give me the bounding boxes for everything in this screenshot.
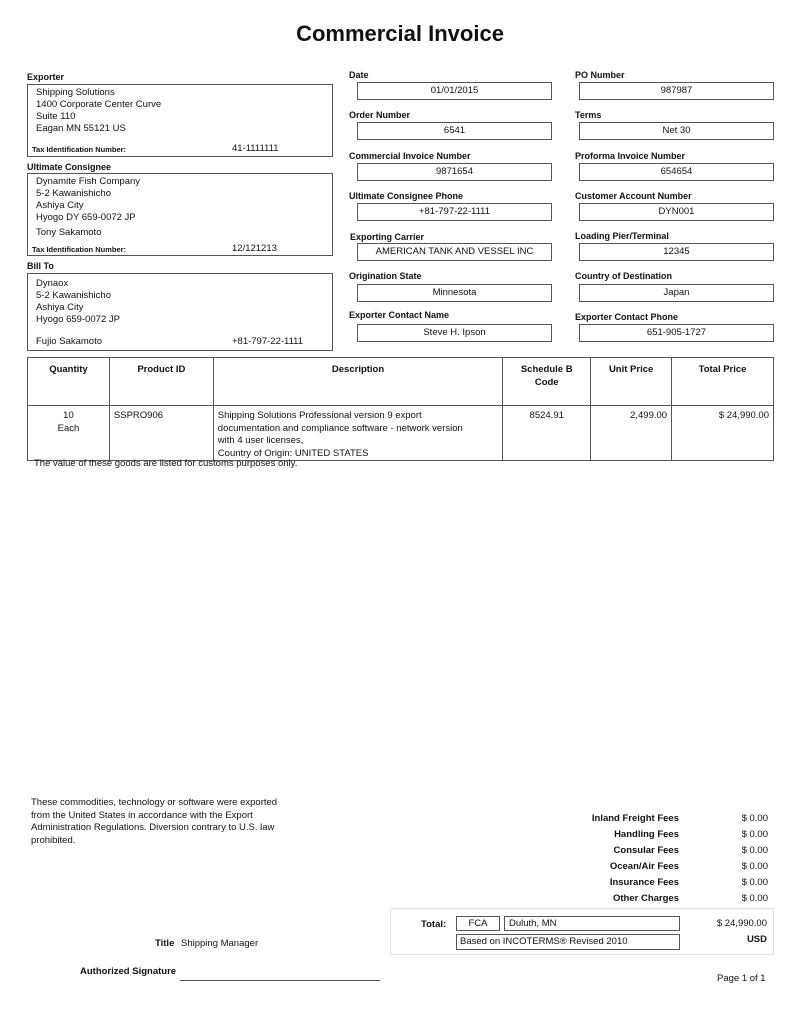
fee-value: $ 0.00 (742, 861, 768, 872)
consignee-tax-label: Tax Identification Number: (32, 245, 126, 254)
fee-value: $ 0.00 (742, 893, 768, 904)
cell-unit-price: 2,499.00 (591, 406, 672, 461)
consignee-box: Dynamite Fish Company 5-2 Kawanishicho A… (27, 173, 333, 256)
export-statement-line: from the United States in accordance wit… (31, 810, 277, 823)
signature-line[interactable] (180, 980, 380, 981)
consignee-phone-field[interactable]: +81-797-22-1111 (357, 203, 552, 221)
consignee-line: 5-2 Kawanishicho (36, 188, 111, 199)
export-statement: These commodities, technology or softwar… (31, 797, 277, 847)
total-currency: USD (747, 934, 767, 945)
commercial-invoice-number-field[interactable]: 9871654 (357, 163, 552, 181)
total-amount: $ 24,990.00 (717, 918, 767, 929)
exporter-tax-value: 41-1111111 (232, 143, 278, 154)
cell-product-id: SSPRO906 (109, 406, 213, 461)
consignee-contact: Tony Sakamoto (36, 227, 101, 238)
header-description: Description (213, 358, 502, 406)
country-of-destination-label: Country of Destination (575, 271, 672, 281)
header-product-id: Product ID (109, 358, 213, 406)
total-box: Total: FCA Duluth, MN Based on INCOTERMS… (390, 908, 774, 955)
cell-quantity: 10 Each (28, 406, 110, 461)
exporter-contact-name-field[interactable]: Steve H. Ipson (357, 324, 552, 342)
proforma-invoice-number-field[interactable]: 654654 (579, 163, 774, 181)
exporter-line: 1400 Corporate Center Curve (36, 99, 161, 110)
bill-to-label: Bill To (27, 261, 54, 271)
fee-label: Inland Freight Fees (592, 813, 679, 824)
export-statement-line: These commodities, technology or softwar… (31, 797, 277, 810)
fee-value: $ 0.00 (742, 813, 768, 824)
quantity-value: 10 (32, 410, 105, 423)
cell-schedule-b: 8524.91 (503, 406, 591, 461)
description-line: documentation and compliance software - … (218, 423, 498, 436)
fee-value: $ 0.00 (742, 829, 768, 840)
consignee-line: Hyogo DY 659-0072 JP (36, 212, 136, 223)
description-line: with 4 user licenses, (218, 435, 498, 448)
fee-label: Insurance Fees (610, 877, 679, 888)
bill-to-phone: +81-797-22-1111 (232, 336, 303, 347)
exporter-box: Shipping Solutions 1400 Corporate Center… (27, 84, 333, 157)
bill-to-contact: Fujio Sakamoto (36, 336, 102, 347)
order-number-label: Order Number (349, 110, 410, 120)
customs-note: The value of these goods are listed for … (34, 458, 297, 469)
signature-label: Authorized Signature (80, 966, 176, 977)
bill-to-box: Dynaox 5-2 Kawanishicho Ashiya City Hyog… (27, 273, 333, 351)
exporter-line: Eagan MN 55121 US (36, 123, 126, 134)
consignee-line: Ashiya City (36, 200, 84, 211)
fee-label: Consular Fees (614, 845, 679, 856)
origination-state-label: Origination State (349, 271, 422, 281)
items-table: Quantity Product ID Description Schedule… (27, 357, 774, 461)
po-number-field[interactable]: 987987 (579, 82, 774, 100)
total-label: Total: (421, 919, 446, 930)
exporter-line: Shipping Solutions (36, 87, 115, 98)
fee-row: Other Charges $ 0.00 (560, 893, 770, 909)
cell-total-price: $ 24,990.00 (672, 406, 774, 461)
exporting-carrier-field[interactable]: AMERICAN TANK AND VESSEL INC (357, 243, 552, 261)
consignee-label: Ultimate Consignee (27, 162, 111, 172)
title-label: Title (155, 938, 174, 949)
fee-value: $ 0.00 (742, 877, 768, 888)
header-schedule-b-line2: Code (504, 377, 589, 388)
bill-to-line: Dynaox (36, 278, 68, 289)
fee-row: Insurance Fees $ 0.00 (560, 877, 770, 893)
exporter-contact-name-label: Exporter Contact Name (349, 310, 449, 320)
terms-label: Terms (575, 110, 601, 120)
exporting-carrier-label: Exporting Carrier (350, 232, 424, 242)
date-field[interactable]: 01/01/2015 (357, 82, 552, 100)
order-number-field[interactable]: 6541 (357, 122, 552, 140)
header-unit-price: Unit Price (591, 358, 672, 406)
date-label: Date (349, 70, 369, 80)
customer-account-number-field[interactable]: DYN001 (579, 203, 774, 221)
customer-account-number-label: Customer Account Number (575, 191, 692, 201)
exporter-label: Exporter (27, 72, 64, 82)
fee-row: Handling Fees $ 0.00 (560, 829, 770, 845)
loading-pier-label: Loading Pier/Terminal (575, 231, 669, 241)
po-number-label: PO Number (575, 70, 625, 80)
cell-description: Shipping Solutions Professional version … (213, 406, 502, 461)
export-statement-line: Administration Regulations. Diversion co… (31, 822, 277, 835)
items-header-row: Quantity Product ID Description Schedule… (28, 358, 774, 406)
country-of-destination-field[interactable]: Japan (579, 284, 774, 302)
title-value: Shipping Manager (181, 938, 258, 949)
bill-to-line: 5-2 Kawanishicho (36, 290, 111, 301)
proforma-invoice-number-label: Proforma Invoice Number (575, 151, 685, 161)
export-statement-line: prohibited. (31, 835, 277, 848)
exporter-contact-phone-field[interactable]: 651-905-1727 (579, 324, 774, 342)
commercial-invoice-number-label: Commercial Invoice Number (349, 151, 471, 161)
header-quantity: Quantity (28, 358, 110, 406)
loading-pier-field[interactable]: 12345 (579, 243, 774, 261)
page-number: Page 1 of 1 (717, 973, 766, 984)
fee-row: Inland Freight Fees $ 0.00 (560, 813, 770, 829)
consignee-tax-value: 12/121213 (232, 243, 277, 254)
terms-field[interactable]: Net 30 (579, 122, 774, 140)
fee-label: Other Charges (613, 893, 679, 904)
header-schedule-b: Schedule B Code (503, 358, 591, 406)
fee-row: Consular Fees $ 0.00 (560, 845, 770, 861)
bill-to-line: Ashiya City (36, 302, 84, 313)
exporter-contact-phone-label: Exporter Contact Phone (575, 312, 678, 322)
exporter-tax-label: Tax Identification Number: (32, 145, 126, 154)
fee-row: Ocean/Air Fees $ 0.00 (560, 861, 770, 877)
header-schedule-b-line1: Schedule B (504, 364, 589, 375)
quantity-unit: Each (32, 423, 105, 436)
origination-state-field[interactable]: Minnesota (357, 284, 552, 302)
bill-to-line: Hyogo 659-0072 JP (36, 314, 120, 325)
consignee-line: Dynamite Fish Company (36, 176, 140, 187)
consignee-phone-label: Ultimate Consignee Phone (349, 191, 463, 201)
incoterms-note-field[interactable]: Based on INCOTERMS® Revised 2010 (456, 934, 680, 950)
fee-label: Ocean/Air Fees (610, 861, 679, 872)
header-total-price: Total Price (672, 358, 774, 406)
incoterm-place-field[interactable]: Duluth, MN (504, 916, 680, 931)
exporter-line: Suite 110 (36, 111, 75, 122)
table-row: 10 Each SSPRO906 Shipping Solutions Prof… (28, 406, 774, 461)
description-line: Shipping Solutions Professional version … (218, 410, 498, 423)
incoterm-field[interactable]: FCA (456, 916, 500, 931)
document-title: Commercial Invoice (0, 21, 800, 47)
fee-label: Handling Fees (614, 829, 679, 840)
fee-value: $ 0.00 (742, 845, 768, 856)
